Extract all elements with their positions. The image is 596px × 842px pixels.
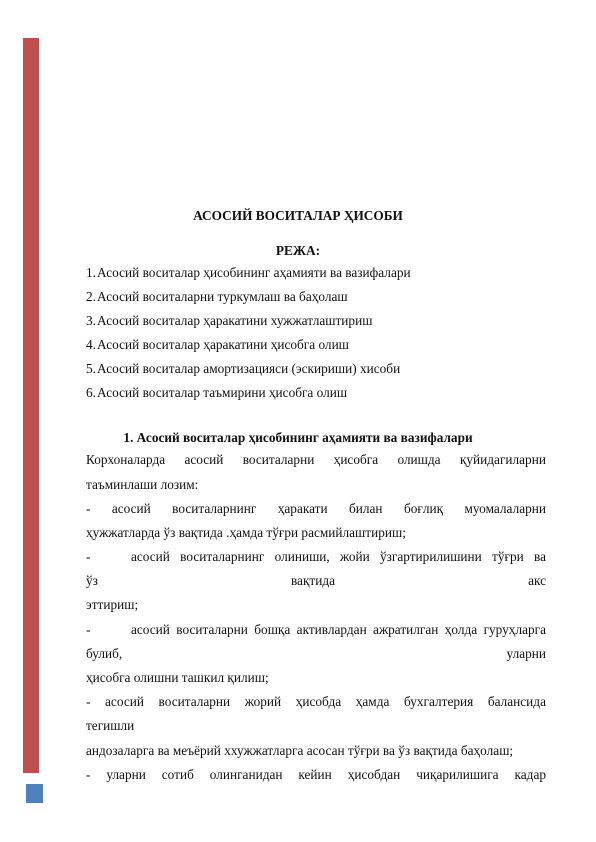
bullet-line: -асосий воситаларнинг олиниши, жойи ўзга… xyxy=(86,549,546,565)
text-line: ҳисобга олишни ташкил қилиш; xyxy=(86,670,269,686)
justified-line: -уларнисотиболинганиданкейинҳисобданчиқа… xyxy=(86,767,546,783)
plan-item: 5.Асосий воситалар амортизацияси (эскири… xyxy=(86,361,400,377)
justified-line: булиб,уларни xyxy=(86,646,546,662)
plan-item-number: 5. xyxy=(86,361,97,377)
plan-item: 6.Асосий воситалар таъмирини ҳисобга оли… xyxy=(86,385,347,401)
justified-line: Корхоналардаасосийвоситаларниҳисобгаолиш… xyxy=(86,452,546,468)
text-line: таъминлаши лозим: xyxy=(86,477,198,493)
plan-item-text: Асосий воситалар амортизацияси (эскириши… xyxy=(97,361,400,376)
plan-item-number: 1. xyxy=(86,265,97,281)
plan-heading: РЕЖА: xyxy=(0,243,596,259)
plan-item-number: 4. xyxy=(86,337,97,353)
text-line: тегишли xyxy=(86,718,134,734)
section-heading: 1. Асосий воситалар ҳисобининг аҳамияти … xyxy=(0,430,596,446)
text-line: ҳужжатларда ўз вақтида .ҳамда тўғри расм… xyxy=(86,525,406,541)
justified-line: ўзвақтидаакс xyxy=(86,573,546,589)
justified-line: -асосийвоситаларнижорийҳисобдаҳамдабухга… xyxy=(86,694,546,710)
plan-item: 1.Асосий воситалар ҳисобининг аҳамияти в… xyxy=(86,265,411,281)
plan-item: 2.Асосий воситаларни туркумлаш ва баҳола… xyxy=(86,289,348,305)
text-line: андозаларга ва меъёрий ххужжатларга асос… xyxy=(86,743,513,759)
plan-item-number: 6. xyxy=(86,385,97,401)
plan-item-text: Асосий воситаларни туркумлаш ва баҳолаш xyxy=(97,289,348,304)
document-title: АСОСИЙ ВОСИТАЛАР ҲИСОБИ xyxy=(0,208,596,224)
plan-item-number: 3. xyxy=(86,313,97,329)
plan-item: 4.Асосий воситалар ҳаракатини ҳисобга ол… xyxy=(86,337,349,353)
left-decor-bar xyxy=(23,38,39,773)
plan-item-text: Асосий воситалар ҳаракатини хужжатлаштир… xyxy=(97,313,372,328)
plan-item-number: 2. xyxy=(86,289,97,305)
bullet-line: -асосий воситаларни бошқа активлардан аж… xyxy=(86,622,546,638)
plan-item-text: Асосий воситалар ҳисобининг аҳамияти ва … xyxy=(97,265,411,280)
plan-item-text: Асосий воситалар таъмирини ҳисобга олиш xyxy=(97,385,347,400)
bottom-decor-square xyxy=(26,784,43,803)
text-line: эттириш; xyxy=(86,597,138,613)
plan-item-text: Асосий воситалар ҳаракатини ҳисобга олиш xyxy=(97,337,349,352)
plan-item: 3.Асосий воситалар ҳаракатини хужжатлашт… xyxy=(86,313,372,329)
justified-line: -асосийвоситаларнингҳаракатибиланбоғлиқм… xyxy=(86,501,546,517)
